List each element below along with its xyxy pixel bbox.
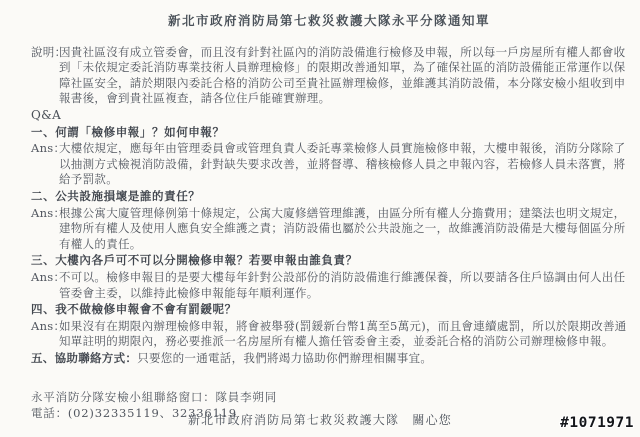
- item-5-text: 只要您的一通電話，我們將竭力協助你們辦理相關事宜。: [137, 351, 432, 365]
- answer-3-text: 不可以。檢修申報目的是要大樓每年針對公設部份的消防設備進行維護保養，所以要請各住…: [59, 270, 625, 300]
- answer-2-text: 根據公寓大廈管理條例第十條規定，公寓大廈修繕管理維護，由區分所有權人分擔費用；建…: [59, 206, 625, 251]
- answer-1: Ans： 大樓依規定，應每年由管理委員會或管理負責人委託專業檢修人員實施檢修申報…: [31, 141, 627, 188]
- answer-4-label: Ans：: [31, 319, 65, 335]
- answer-3-label: Ans：: [31, 270, 65, 286]
- page-title: 新北市政府消防局第七救災救護大隊永平分隊通知單: [31, 13, 627, 29]
- watermark-id: #1071971: [560, 416, 634, 432]
- notice-document: 新北市政府消防局第七救災救護大隊永平分隊通知單 說明： 因貴社區沒有成立管委會，…: [31, 13, 627, 422]
- contact-window-line: 永平消防分隊安檢小組聯絡窗口：隊員李朔同: [31, 390, 627, 406]
- answer-4-text: 如果沒有在期限內辦理檢修申報，將會被舉發(罰鍰新台幣1萬至5萬元)，而且會連續處…: [59, 319, 627, 349]
- item-5-contact-method: 五、協助聯絡方式：只要您的一通電話，我們將竭力協助你們辦理相關事宜。: [31, 351, 627, 367]
- answer-2: Ans： 根據公寓大廈管理條例第十條規定，公寓大廈修繕管理維護，由區分所有權人分…: [31, 206, 627, 253]
- intro-paragraph: 說明： 因貴社區沒有成立管委會，而且沒有針對社區內的消防設備進行檢修及申報，所以…: [31, 45, 627, 107]
- answer-4: Ans： 如果沒有在期限內辦理檢修申報，將會被舉發(罰鍰新台幣1萬至5萬元)，而…: [31, 319, 627, 350]
- question-4: 四、我不做檢修申報會不會有罰鍰呢？: [31, 302, 627, 318]
- intro-text: 因貴社區沒有成立管委會，而且沒有針對社區內的消防設備進行檢修及申報，所以每一戶房…: [59, 45, 625, 106]
- item-5-label: 五、協助聯絡方式：: [31, 351, 137, 365]
- question-3: 三、大樓內各戶可不可以分開檢修申報？若要申報由誰負責？: [31, 253, 627, 269]
- answer-2-label: Ans：: [31, 206, 65, 222]
- document-footer: 新北市政府消防局第七救災救護大隊 關心您: [0, 413, 640, 429]
- qa-section-label: Q&A: [31, 108, 627, 124]
- answer-1-text: 大樓依規定，應每年由管理委員會或管理負責人委託專業檢修人員實施檢修申報，大樓申報…: [59, 141, 625, 186]
- answer-3: Ans： 不可以。檢修申報目的是要大樓每年針對公設部份的消防設備進行維護保養，所…: [31, 270, 627, 301]
- intro-label: 說明：: [31, 45, 66, 61]
- question-1: 一、何謂「檢修申報」？如何申報？: [31, 125, 627, 141]
- question-2: 二、公共設施損壞是誰的責任？: [31, 189, 627, 205]
- answer-1-label: Ans：: [31, 141, 65, 157]
